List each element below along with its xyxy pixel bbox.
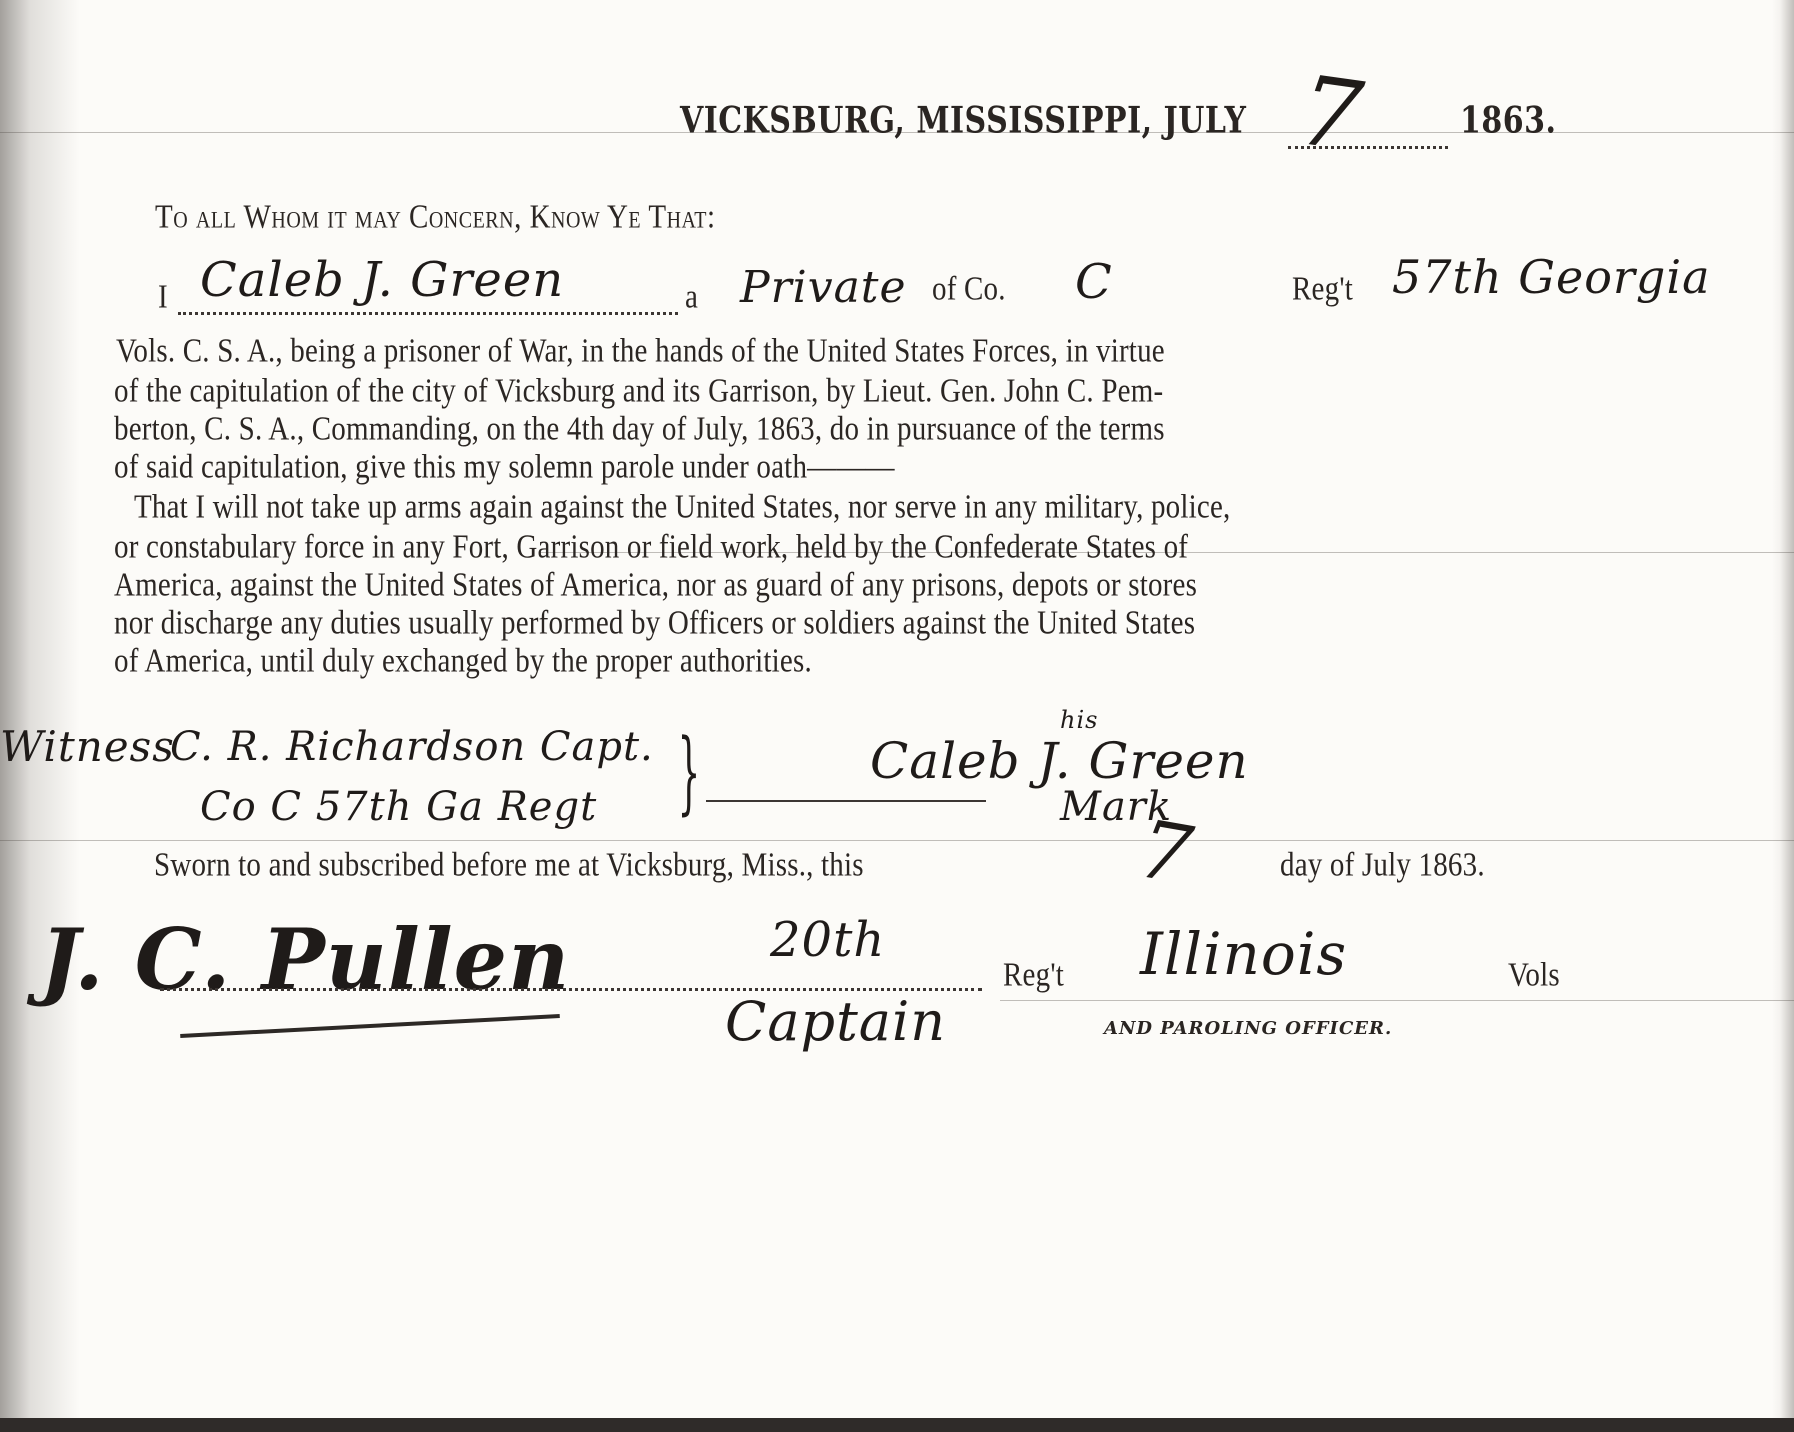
officer-regiment-number-handwritten: 20th [770,912,885,968]
scan-bottom-edge [0,1418,1794,1432]
body-line: nor discharge any duties usually perform… [114,604,1195,643]
regiment-prefix: Reg't [1292,270,1353,309]
body-line: of America, until duly exchanged by the … [114,642,812,681]
officer-vols-label: Vols [1508,956,1560,995]
officer-state-handwritten: Illinois [1140,920,1347,988]
company-handwritten: C [1075,254,1113,310]
rank-handwritten: Private [740,262,907,313]
witness-line1-handwritten: C. R. Richardson Capt. [170,724,654,770]
body-line: That I will not take up arms again again… [134,488,1230,527]
rank-prefix: a [685,278,698,317]
form-rule [0,840,1794,841]
name-blank [178,312,678,315]
officer-rank-handwritten: Captain [725,990,946,1053]
witness-brace-icon: } [677,720,700,825]
witness-label-handwritten: Witness [0,722,175,771]
body-line: America, against the United States of Am… [114,566,1197,605]
signature-line [706,800,986,802]
witness-line2-handwritten: Co C 57th Ga Regt [200,784,597,830]
officer-title: AND PAROLING OFFICER. [1104,1018,1392,1039]
body-line: or constabulary force in any Fort, Garri… [114,528,1188,567]
salutation: To all Whom it may Concern, Know Ye That… [155,198,716,237]
header-place-date: VICKSBURG, MISSISSIPPI, JULY [680,100,1246,142]
form-rule [1000,1000,1794,1001]
name-handwritten: Caleb J. Green [200,252,564,308]
body-line: Vols. C. S. A., being a prisoner of War,… [116,332,1165,371]
officer-regiment-prefix: Reg't [1003,956,1064,995]
prisoner-signature-handwritten: Caleb J. Green [870,732,1249,790]
body-line: berton, C. S. A., Commanding, on the 4th… [114,410,1165,449]
name-prefix: I [158,278,168,317]
body-line: of the capitulation of the city of Vicks… [114,372,1163,411]
company-prefix: of Co. [932,270,1006,309]
oath-text: Sworn to and subscribed before me at Vic… [154,846,864,885]
regiment-handwritten: 57th Georgia [1392,250,1711,304]
body-line: of said capitulation, give this my solem… [114,448,895,487]
oath-suffix: day of July 1863. [1280,846,1485,885]
officer-signature-handwritten: J. C. Pullen [40,910,570,1009]
his-handwritten: his [1060,706,1098,734]
header-year: 1863. [1460,100,1556,142]
